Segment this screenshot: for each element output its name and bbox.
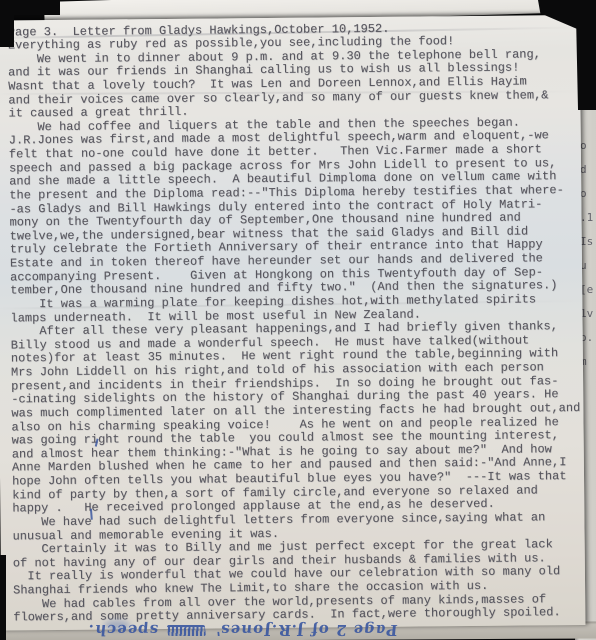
photo-background-corner <box>0 0 14 47</box>
handwritten-note: Page 2 of J.R.Jones' speech. <box>87 621 398 639</box>
letter-body-text: Everything as ruby red as possible,you s… <box>8 34 583 625</box>
photo-background-corner <box>0 555 6 640</box>
handwritten-note-suffix: speech. <box>87 621 159 639</box>
scanned-letter-photo: o d o .1 Is u [e 1v o. m Page 3. Letter … <box>0 0 596 640</box>
handwritten-note-prefix: Page 2 of J.R.Jones' <box>214 621 399 639</box>
letter-page: Page 3. Letter from Gladys Hawkings,Octo… <box>0 15 585 631</box>
crossed-out-word <box>167 625 206 636</box>
